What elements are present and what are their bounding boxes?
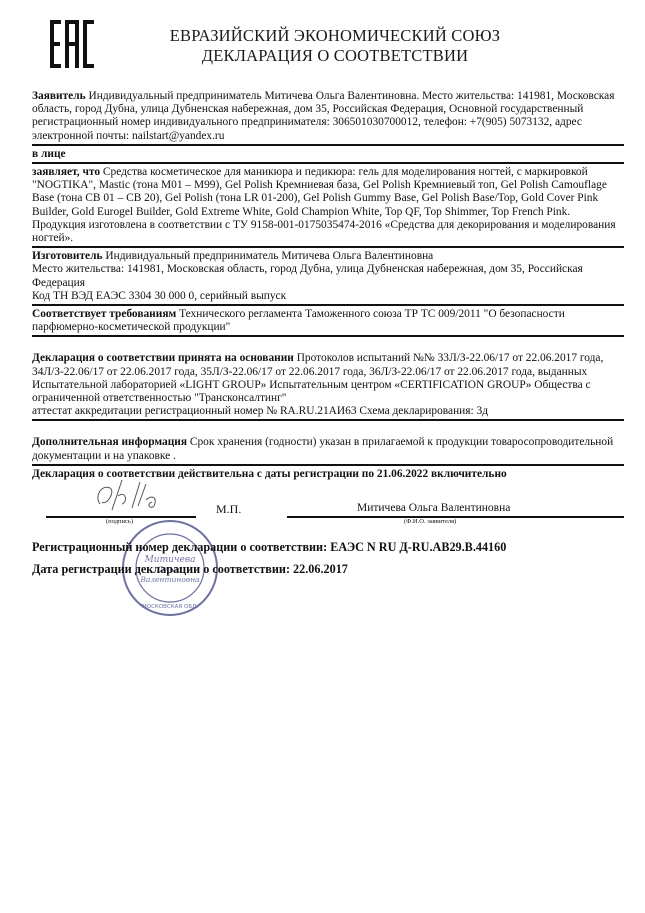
registration-number-label: Регистрационный номер декларации о соотв… [32, 540, 327, 554]
manufacturer-address: Место жительства: 141981, Московская обл… [32, 263, 624, 289]
additional-info-label: Дополнительная информация [32, 436, 187, 448]
in-person-label: в лице [32, 148, 66, 160]
conforms-section: Соответствует требованиям Технического р… [32, 308, 624, 337]
registration-date: 22.06.2017 [293, 562, 348, 576]
basis-section: Декларация о соответствии принята на осн… [32, 352, 624, 421]
conforms-label: Соответствует требованиям [32, 308, 176, 320]
applicant-label: Заявитель [32, 90, 86, 102]
handwritten-signature-icon [92, 476, 172, 518]
manufacturer-section: Изготовитель Индивидуальный предпринимат… [32, 250, 624, 306]
registration-date-row: Дата регистрации декларации о соответств… [32, 562, 348, 577]
applicant-section: Заявитель Индивидуальный предприниматель… [32, 90, 624, 146]
product-description: Средства косметическое для маникюра и пе… [32, 166, 607, 218]
applicant-text: Индивидуальный предприниматель Митичева … [32, 90, 614, 142]
header-declaration-title: ДЕКЛАРАЦИЯ О СООТВЕТСТВИИ [150, 46, 520, 66]
accreditation-text: аттестат аккредитации регистрационный но… [32, 405, 624, 418]
registration-number-row: Регистрационный номер декларации о соотв… [32, 540, 506, 555]
declaration-body: Заявитель Индивидуальный предприниматель… [32, 90, 624, 484]
document-header: ЕВРАЗИЙСКИЙ ЭКОНОМИЧЕСКИЙ СОЮЗ ДЕКЛАРАЦИ… [150, 26, 520, 66]
manufacturer-name: Индивидуальный предприниматель Митичева … [105, 250, 433, 262]
declares-label: заявляет, что [32, 166, 100, 178]
header-union-title: ЕВРАЗИЙСКИЙ ЭКОНОМИЧЕСКИЙ СОЮЗ [150, 26, 520, 46]
eac-mark-icon [48, 18, 96, 70]
seal-place-label: М.П. [216, 502, 241, 517]
additional-info-section: Дополнительная информация Срок хранения … [32, 436, 624, 465]
in-person-section: в лице [32, 148, 624, 164]
declares-section: заявляет, что Средства косметическое для… [32, 166, 624, 248]
manufacturer-label: Изготовитель [32, 250, 103, 262]
registration-date-label: Дата регистрации декларации о соответств… [32, 562, 290, 576]
name-caption: (Ф.И.О. заявителя) [404, 518, 456, 525]
basis-label: Декларация о соответствии принята на осн… [32, 352, 294, 364]
production-standard: Продукция изготовлена в соответствии с Т… [32, 219, 624, 245]
signatory-name: Митичева Ольга Валентиновна [357, 502, 510, 514]
eac-logo [48, 18, 96, 70]
svg-text:МОСКОВСКАЯ ОБЛ.: МОСКОВСКАЯ ОБЛ. [142, 604, 198, 610]
registration-number: ЕАЭС N RU Д-RU.АВ29.В.44160 [330, 540, 506, 554]
hs-code: Код ТН ВЭД ЕАЭС 3304 30 000 0, серийный … [32, 290, 624, 303]
